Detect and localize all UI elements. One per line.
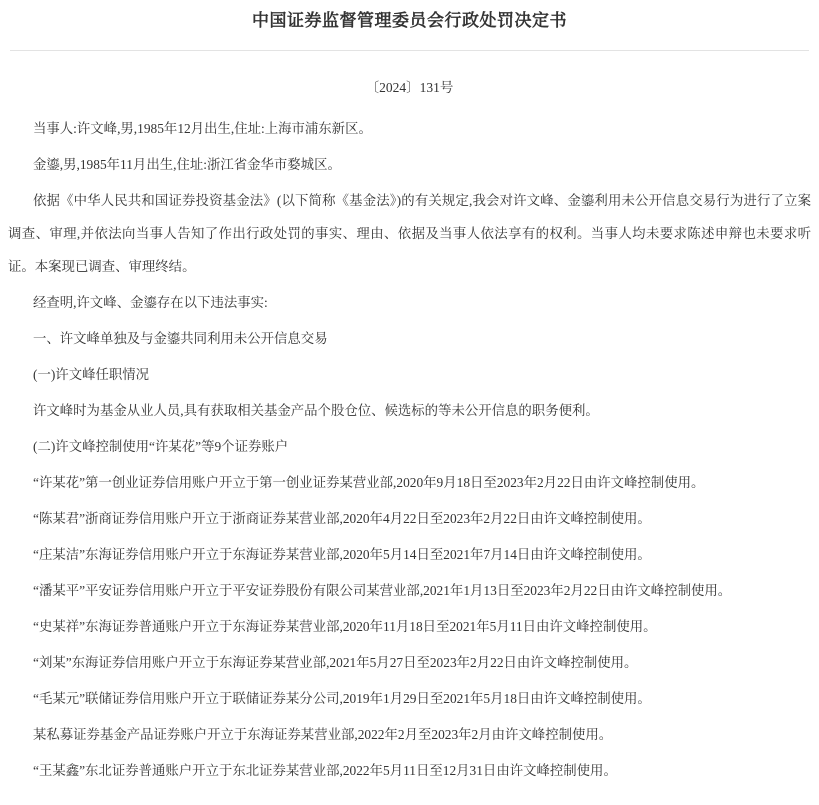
paragraph: (一)许文峰任职情况 — [8, 358, 811, 391]
paragraph: “陈某君”浙商证券信用账户开立于浙商证券某营业部,2020年4月22日至2023… — [8, 502, 811, 535]
paragraph: 依据《中华人民共和国证券投资基金法》(以下简称《基金法》)的有关规定,我会对许文… — [8, 184, 811, 283]
paragraph: 一、许文峰单独及与金鎏共同利用未公开信息交易 — [8, 322, 811, 355]
document-title: 中国证券监督管理委员会行政处罚决定书 — [8, 8, 811, 34]
paragraph: “毛某元”联储证券信用账户开立于联储证券某分公司,2019年1月29日至2021… — [8, 682, 811, 715]
paragraph: “庄某洁”东海证券信用账户开立于东海证券某营业部,2020年5月14日至2021… — [8, 538, 811, 571]
paragraph: “王某鑫”东北证券普通账户开立于东北证券某营业部,2022年5月11日至12月3… — [8, 754, 811, 787]
horizontal-divider — [10, 50, 809, 51]
paragraph: “史某祥”东海证券普通账户开立于东海证券某营业部,2020年11月18日至202… — [8, 610, 811, 643]
paragraph: “潘某平”平安证券信用账户开立于平安证券股份有限公司某营业部,2021年1月13… — [8, 574, 811, 607]
paragraph: “刘某”东海证券信用账户开立于东海证券某营业部,2021年5月27日至2023年… — [8, 646, 811, 679]
paragraph: “许某花”第一创业证券信用账户开立于第一创业证券某营业部,2020年9月18日至… — [8, 466, 811, 499]
penalty-decision-document: 中国证券监督管理委员会行政处罚决定书 〔2024〕131号 当事人:许文峰,男,… — [0, 8, 819, 787]
paragraph: 金鎏,男,1985年11月出生,住址:浙江省金华市婺城区。 — [8, 148, 811, 181]
paragraph: 某私募证券基金产品证券账户开立于东海证券某营业部,2022年2月至2023年2月… — [8, 718, 811, 751]
paragraph: 经查明,许文峰、金鎏存在以下违法事实: — [8, 286, 811, 319]
paragraph: 当事人:许文峰,男,1985年12月出生,住址:上海市浦东新区。 — [8, 112, 811, 145]
document-number: 〔2024〕131号 — [8, 78, 811, 98]
document-body: 当事人:许文峰,男,1985年12月出生,住址:上海市浦东新区。金鎏,男,198… — [8, 112, 811, 787]
paragraph: 许文峰时为基金从业人员,具有获取相关基金产品个股仓位、候选标的等未公开信息的职务… — [8, 394, 811, 427]
paragraph: (二)许文峰控制使用“许某花”等9个证券账户 — [8, 430, 811, 463]
